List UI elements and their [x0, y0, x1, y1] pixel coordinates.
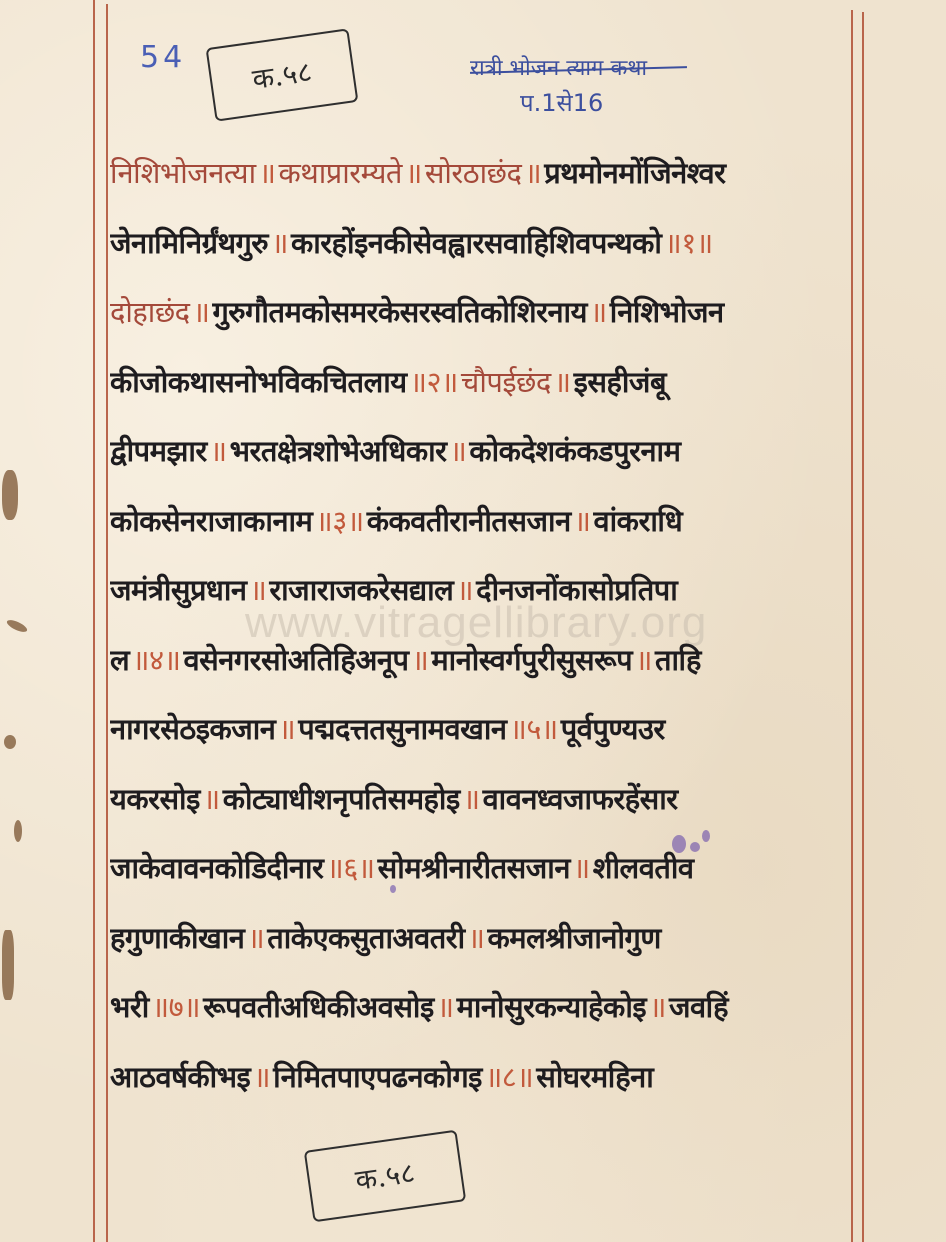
verse-text: सोमश्रीनारीतसजान [378, 848, 570, 887]
folio-mark-top-text: क.५८ [250, 52, 314, 98]
verse-text: जवहिं [669, 987, 728, 1026]
manuscript-line: आठवर्षकीभइ॥निमितपाएपढनकोगइ॥८॥सोघरमहिना [110, 1042, 852, 1112]
danda-mark: ॥ [590, 292, 607, 331]
rubric-text: कथाप्रारम्यते [278, 153, 401, 192]
verse-text: कंकवतीरानीतसजान [367, 501, 571, 540]
verse-text: पद्मदत्ततसुनामवखान [298, 709, 506, 748]
danda-mark: ॥६॥ [326, 848, 374, 887]
folio-mark-bottom-text: क.५८ [353, 1153, 417, 1199]
verse-text: कोट्याधीशनृपतिसमहोइ [223, 779, 460, 818]
catalog-code: प.1से16 [520, 86, 830, 119]
danda-mark: ॥१॥ [664, 223, 712, 262]
danda-mark: ॥ [253, 1057, 270, 1096]
danda-mark: ॥ [247, 918, 264, 957]
manuscript-text: निशिभोजनत्या॥कथाप्रारम्यते॥सोरठाछंद॥प्रथ… [110, 138, 852, 1111]
manuscript-line: जेनामिनिर्ग्रंथगुरु॥कारहोंइनकीसेवह्वारसव… [110, 208, 852, 278]
manuscript-line: दोहाछंद॥गुरुगौतमकोसमरकेसरस्वतिकोशिरनाय॥न… [110, 277, 852, 347]
accession-number: 54 [140, 40, 186, 75]
manuscript-line: निशिभोजनत्या॥कथाप्रारम्यते॥सोरठाछंद॥प्रथ… [110, 138, 852, 208]
manuscript-line: कोकसेनराजाकानाम॥३॥कंकवतीरानीतसजान॥वांकरा… [110, 486, 852, 556]
manuscript-line: यकरसोइ॥कोट्याधीशनृपतिसमहोइ॥वावनध्वजाफरहे… [110, 764, 852, 834]
manuscript-line: ल॥४॥वसेनगरसोअतिहिअनूप॥मानोस्वर्गपुरीसुसर… [110, 625, 852, 695]
manuscript-line: द्वीपमझार॥भरतक्षेत्रशोभेअधिकार॥कोकदेशकंक… [110, 416, 852, 486]
edge-stain [5, 618, 28, 635]
verse-text: ल [110, 640, 129, 679]
verse-text: मानोस्वर्गपुरीसुसरूप [431, 640, 632, 679]
danda-mark: ॥ [259, 153, 276, 192]
verse-text: वांकराधि [594, 501, 683, 540]
danda-mark: ॥ [278, 709, 295, 748]
rubric-text: सोरठाछंद [425, 153, 522, 192]
verse-text: कीजोकथासनोभविकचितलाय [110, 362, 407, 401]
danda-mark: ॥५॥ [509, 709, 557, 748]
danda-mark: ॥ [456, 570, 473, 609]
danda-mark: ॥ [405, 153, 422, 192]
danda-mark: ॥७॥ [152, 987, 200, 1026]
danda-mark: ॥ [468, 918, 485, 957]
verse-text: गुरुगौतमकोसमरकेसरस्वतिकोशिरनाय [212, 292, 586, 331]
danda-mark: ॥४॥ [132, 640, 180, 679]
edge-stain [2, 930, 14, 1000]
left-margin-rule-inner [106, 4, 108, 1242]
verse-text: राजाराजकरेसद्याल [269, 570, 453, 609]
verse-text: नागरसेठइकजान [110, 709, 275, 748]
danda-mark: ॥ [249, 570, 266, 609]
verse-text: जमंत्रीसुप्रधान [110, 570, 246, 609]
manuscript-line: जमंत्रीसुप्रधान॥राजाराजकरेसद्याल॥दीनजनों… [110, 555, 852, 625]
catalog-title-struck: रात्री भोजन त्याग कथा [470, 52, 687, 82]
manuscript-line: हगुणाकीखान॥ताकेएकसुताअवतरी॥कमलश्रीजानोगु… [110, 903, 852, 973]
verse-text: द्वीपमझार [110, 431, 207, 470]
folio-mark-top: क.५८ [206, 28, 359, 121]
edge-stain [4, 735, 16, 749]
verse-text: वावनध्वजाफरहेंसार [483, 779, 678, 818]
danda-mark: ॥ [450, 431, 467, 470]
verse-text: कमलश्रीजानोगुण [488, 918, 661, 957]
verse-text: पूर्वपुण्यउर [561, 709, 665, 748]
verse-text: यकरसोइ [110, 779, 200, 818]
verse-text: भरतक्षेत्रशोभेअधिकार [230, 431, 447, 470]
verse-text: भरी [110, 987, 149, 1026]
danda-mark: ॥२॥ [410, 362, 458, 401]
verse-text: कोकसेनराजाकानाम [110, 501, 312, 540]
verse-text: मानोसुरकन्याहेकोइ [457, 987, 647, 1026]
verse-text: जेनामिनिर्ग्रंथगुरु [110, 223, 268, 262]
verse-text: हगुणाकीखान [110, 918, 244, 957]
right-margin-rule-outer [862, 12, 864, 1242]
folio-mark-bottom: क.५८ [304, 1130, 467, 1223]
manuscript-line: भरी॥७॥रूपवतीअधिकीअवसोइ॥मानोसुरकन्याहेकोइ… [110, 972, 852, 1042]
verse-text: वसेनगरसोअतिहिअनूप [184, 640, 409, 679]
verse-text: कारहोंइनकीसेवह्वारसवाहिशिवपन्थको [291, 223, 661, 262]
rubric-text: चौपईछंद [461, 362, 551, 401]
danda-mark: ॥ [271, 223, 288, 262]
catalog-annotation: रात्री भोजन त्याग कथा प.1से16 [470, 52, 830, 119]
danda-mark: ॥ [193, 292, 210, 331]
verse-text: ताकेएकसुताअवतरी [267, 918, 464, 957]
verse-text: निशिभोजन [610, 292, 724, 331]
verse-text: आठवर्षकीभइ [110, 1057, 250, 1096]
danda-mark: ॥३॥ [315, 501, 363, 540]
verse-text: दीनजनोंकासोप्रतिपा [476, 570, 677, 609]
verse-text: शीलवतीव [593, 848, 694, 887]
edge-stain [14, 820, 22, 842]
danda-mark: ॥ [411, 640, 428, 679]
verse-text: इसहीजंबू [574, 362, 666, 401]
manuscript-line: नागरसेठइकजान॥पद्मदत्ततसुनामवखान॥५॥पूर्वप… [110, 694, 852, 764]
danda-mark: ॥ [649, 987, 666, 1026]
verse-text: रूपवतीअधिकीअवसोइ [203, 987, 434, 1026]
verse-text: जाकेवावनकोडिदीनार [110, 848, 323, 887]
danda-mark: ॥ [554, 362, 571, 401]
manuscript-page: 54 क.५८ रात्री भोजन त्याग कथा प.1से16 ww… [0, 0, 946, 1242]
danda-mark: ॥ [573, 848, 590, 887]
danda-mark: ॥ [574, 501, 591, 540]
verse-text: प्रथमोनमोंजिनेश्वर [544, 153, 725, 192]
verse-text: कोकदेशकंकडपुरनाम [469, 431, 680, 470]
danda-mark: ॥ [635, 640, 652, 679]
manuscript-line: जाकेवावनकोडिदीनार॥६॥सोमश्रीनारीतसजान॥शील… [110, 833, 852, 903]
danda-mark: ॥ [524, 153, 541, 192]
danda-mark: ॥ [437, 987, 454, 1026]
edge-stain [2, 470, 18, 520]
verse-text: निमितपाएपढनकोगइ [273, 1057, 482, 1096]
danda-mark: ॥८॥ [485, 1057, 533, 1096]
verse-text: ताहि [655, 640, 701, 679]
verse-text: सोघरमहिना [536, 1057, 653, 1096]
danda-mark: ॥ [203, 779, 220, 818]
rubric-text: निशिभोजनत्या [110, 153, 256, 192]
manuscript-line: कीजोकथासनोभविकचितलाय॥२॥चौपईछंद॥इसहीजंबू [110, 347, 852, 417]
danda-mark: ॥ [210, 431, 227, 470]
rubric-text: दोहाछंद [110, 292, 190, 331]
danda-mark: ॥ [463, 779, 480, 818]
left-margin-rule-outer [93, 0, 95, 1242]
